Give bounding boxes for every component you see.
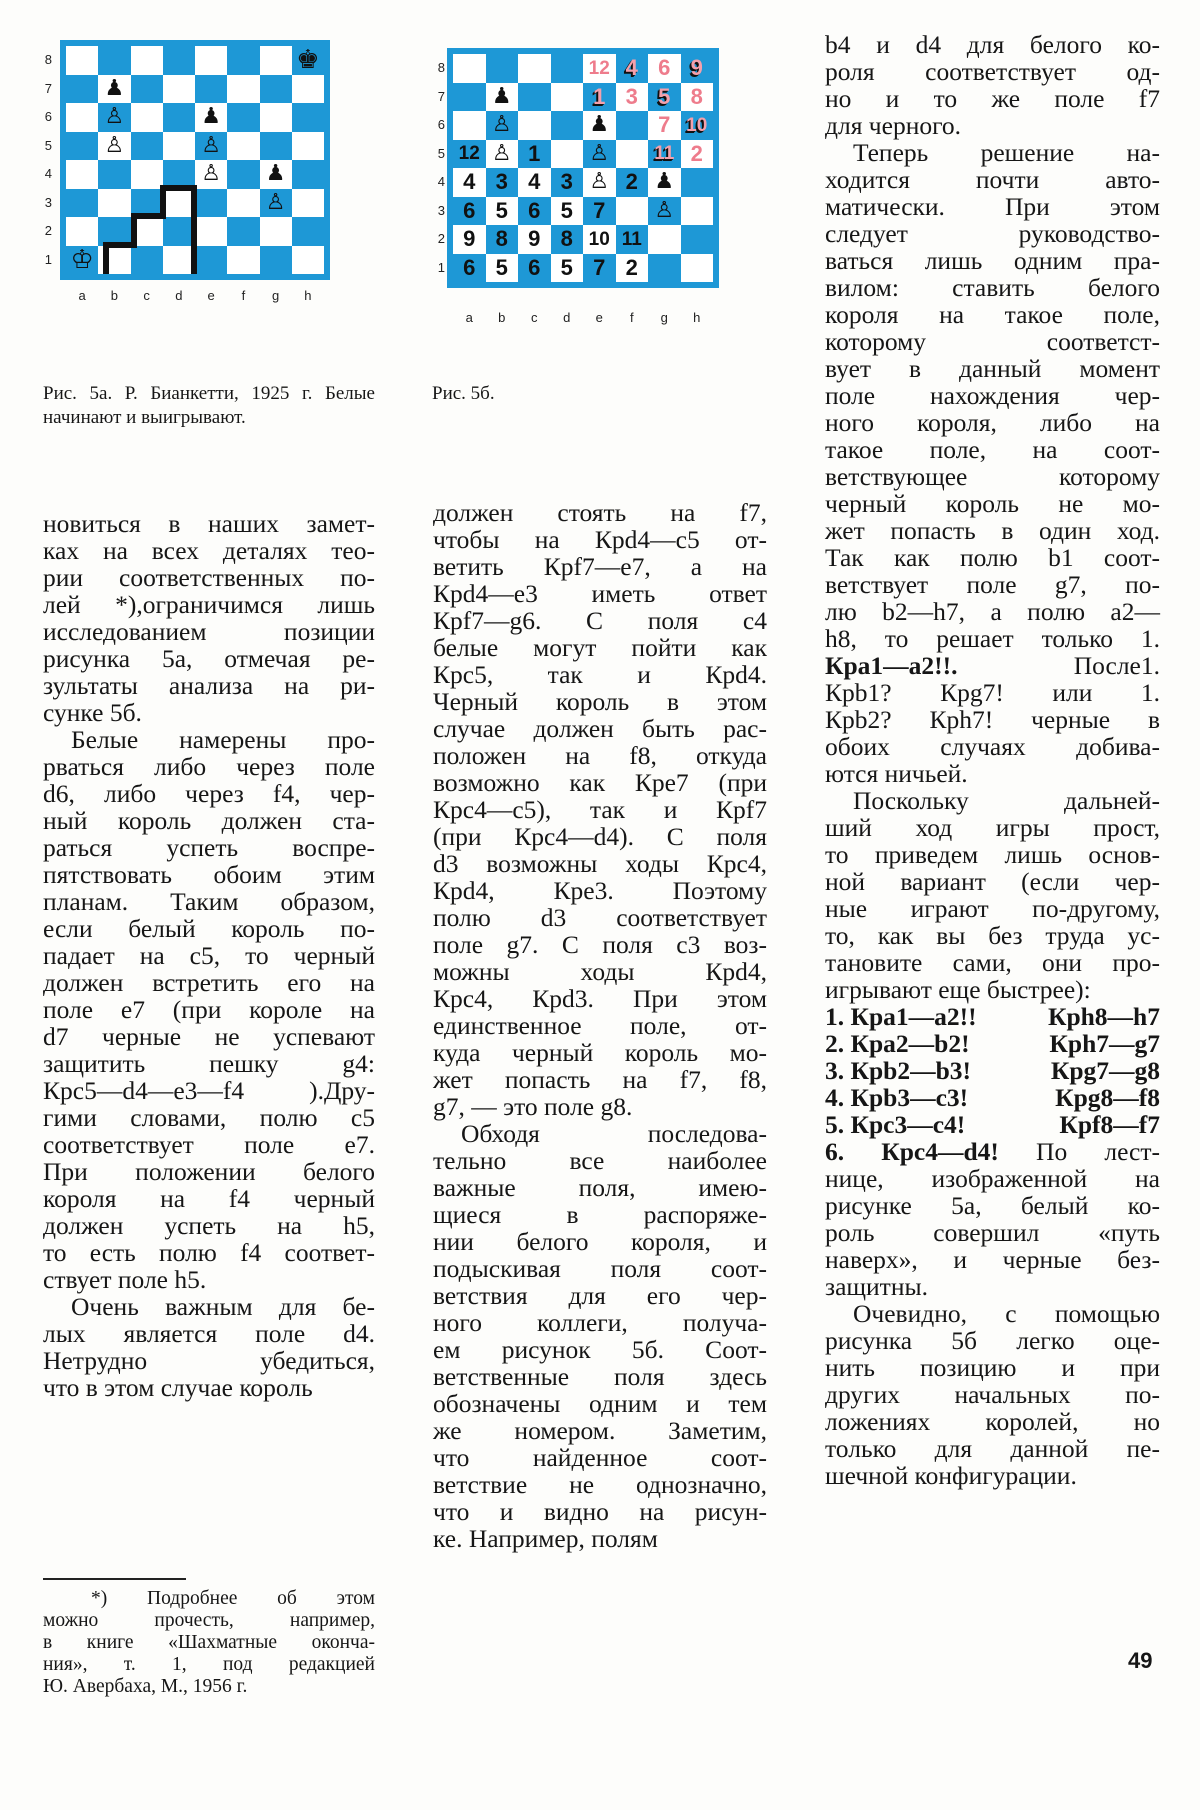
footnote-line: Ю. Авербаха, М., 1956 г. — [43, 1676, 375, 1698]
page-number: 49 — [1128, 1648, 1152, 1674]
square-h3 — [681, 197, 714, 226]
footnote-line: ния», т. 1, под редакцией — [43, 1654, 375, 1676]
text-line: только для данной пе- — [825, 1435, 1160, 1462]
square-f6 — [616, 111, 649, 140]
square-c6 — [518, 111, 551, 140]
square-f6 — [227, 103, 259, 132]
white-king-field-number: 4 — [463, 171, 475, 193]
square-g4: ♟ — [648, 168, 681, 197]
text-line: g7, — это поле g8. — [433, 1093, 767, 1120]
file-label: g — [648, 310, 681, 325]
square-e2 — [195, 217, 227, 246]
text-line: можны ходы Крd4, — [433, 958, 767, 985]
black-move: Крf8—f7 — [1059, 1111, 1160, 1138]
text-line: d3 возможны ходы Крс4, — [433, 850, 767, 877]
square-c1 — [131, 246, 163, 275]
black-move: Крg8—f8 — [1055, 1084, 1160, 1111]
square-g5: 11 — [648, 140, 681, 169]
square-a6 — [453, 111, 486, 140]
text-line: пятствовать обоим этим — [43, 861, 375, 888]
text-line: ствует поле h5. — [43, 1266, 375, 1293]
rank-label: 2 — [438, 231, 445, 246]
text-line: поле g7. С поля с3 воз- — [433, 931, 767, 958]
square-f5 — [616, 140, 649, 169]
text-line: положен на f8, откуда — [433, 742, 767, 769]
text-line: игрывают еще быстрее): — [825, 976, 1160, 1003]
figure-5a: 87654321 ♚♟♙♟♙♙♙♟♙♔ abcdefgh — [30, 40, 330, 330]
square-a3 — [66, 189, 98, 218]
square-h7 — [292, 75, 324, 104]
square-e6: ♟ — [195, 103, 227, 132]
right-column-text: b4 и d4 для белого ко-роля соответствует… — [825, 31, 1160, 1003]
text-line: рисунка 5б легко оце- — [825, 1327, 1160, 1354]
square-c7 — [131, 75, 163, 104]
text-line: лю b2—h7, а полю а2— — [825, 598, 1160, 625]
square-f7 — [227, 75, 259, 104]
white-pawn-icon: ♙ — [589, 171, 609, 193]
text-line: Очевидно, с помощью — [825, 1300, 1160, 1327]
rank-label: 8 — [45, 52, 52, 67]
square-b7: ♟ — [98, 75, 130, 104]
text-line: ем рисунок 5б. Соот- — [433, 1336, 767, 1363]
black-pawn-icon: ♟ — [266, 163, 286, 185]
text-line: поле е7 (при короле на — [43, 996, 375, 1023]
square-c4: 4 — [518, 168, 551, 197]
file-label: f — [227, 288, 259, 303]
text-line: Крd4—е3 иметь ответ — [433, 580, 767, 607]
text-line: d6, либо через f4, чер- — [43, 780, 375, 807]
footnote: *) Подробнее об этомможно прочесть, напр… — [43, 1588, 375, 1698]
square-d4: 3 — [551, 168, 584, 197]
text-line: то приведем лишь основ- — [825, 841, 1160, 868]
square-b2 — [98, 217, 130, 246]
white-king-field-number: 3 — [561, 171, 573, 193]
text-line: Черный король в этом — [433, 688, 767, 715]
white-move: 2. Крa2—b2! — [825, 1030, 970, 1057]
black-move: Крg7—g8 — [1051, 1057, 1160, 1084]
file-label: f — [616, 310, 649, 325]
file-label: a — [453, 310, 486, 325]
text-line: планам. Таким образом, — [43, 888, 375, 915]
rank-label: 6 — [45, 109, 52, 124]
text-line: Крс4—с5), так и Крf7 — [433, 796, 767, 823]
square-d2: 8 — [551, 225, 584, 254]
rank-label: 1 — [438, 260, 445, 275]
text-line: ветствие не однозначно, — [433, 1471, 767, 1498]
square-g2 — [260, 217, 292, 246]
square-h1 — [292, 246, 324, 275]
black-king-field-number: 4 — [626, 57, 638, 79]
file-label: e — [583, 310, 616, 325]
text-line: Поскольку дальней- — [825, 787, 1160, 814]
black-king-field-number: 2 — [691, 143, 703, 165]
chessboard-5b: 12469♟1358♙♟71012♙1♙1124343♙2♟65657♙9898… — [447, 48, 719, 288]
square-d6 — [551, 111, 584, 140]
text-line: которому соответст- — [825, 328, 1160, 355]
square-a7 — [453, 83, 486, 112]
text-line: должен встретить его на — [43, 969, 375, 996]
square-h8: ♚ — [292, 46, 324, 75]
square-c2: 9 — [518, 225, 551, 254]
square-g6: 7 — [648, 111, 681, 140]
square-b6: ♙ — [98, 103, 130, 132]
square-d7 — [551, 83, 584, 112]
square-b3: 5 — [486, 197, 519, 226]
text-line: лей *),ограничимся лишь — [43, 591, 375, 618]
text-line: ный король должен ста- — [43, 807, 375, 834]
black-pawn-icon: ♟ — [492, 86, 512, 108]
text-line: но и то же поле f7 — [825, 85, 1160, 112]
square-b8 — [486, 54, 519, 83]
move-row: 5. Крc3—c4!Крf8—f7 — [825, 1111, 1160, 1138]
white-king-field-number: 7 — [593, 200, 605, 222]
text-line: матически. При этом — [825, 193, 1160, 220]
square-g6 — [260, 103, 292, 132]
text-line: Крс4, Крd3. При этом — [433, 985, 767, 1012]
square-a6 — [66, 103, 98, 132]
rank-label: 5 — [45, 138, 52, 153]
square-a7 — [66, 75, 98, 104]
square-a2 — [66, 217, 98, 246]
text-line: других начальных по- — [825, 1381, 1160, 1408]
square-d1: 5 — [551, 254, 584, 283]
square-e7 — [195, 75, 227, 104]
text-line: обозначены одним и тем — [433, 1390, 767, 1417]
text-line: лых является поле d4. — [43, 1320, 375, 1347]
text-line: Очень важным для бе- — [43, 1293, 375, 1320]
rank-label: 4 — [438, 174, 445, 189]
square-h2 — [681, 225, 714, 254]
square-g8: 6 — [648, 54, 681, 83]
white-pawn-icon: ♙ — [266, 192, 286, 214]
right-column-conclusion: нице, изображенной нарисунке 5а, белый к… — [825, 1165, 1160, 1489]
black-king-field-number: 10 — [686, 116, 707, 135]
square-a4: 4 — [453, 168, 486, 197]
text-line: нии белого короля, и — [433, 1228, 767, 1255]
white-king-field-number: 8 — [496, 228, 508, 250]
square-b1: 5 — [486, 254, 519, 283]
black-king-field-number: 1 — [593, 86, 605, 108]
square-d4 — [163, 160, 195, 189]
text-line: Нетрудно убедиться, — [43, 1347, 375, 1374]
text-line: При положении белого — [43, 1158, 375, 1185]
white-king-field-number: 5 — [561, 257, 573, 279]
white-pawn-icon: ♙ — [654, 200, 674, 222]
square-d8 — [163, 46, 195, 75]
figure-5a-caption: Рис. 5а. Р. Бианкетти, 1925 г. Белые нач… — [43, 382, 375, 430]
move-row: 3. Крb2—b3!Крg7—g8 — [825, 1057, 1160, 1084]
square-b1 — [98, 246, 130, 275]
square-h4 — [292, 160, 324, 189]
square-g4: ♟ — [260, 160, 292, 189]
figure-5b-caption: Рис. 5б. — [432, 382, 632, 406]
black-king-field-number: 11 — [654, 144, 674, 163]
file-labels: abcdefgh — [453, 310, 713, 330]
file-label: d — [551, 310, 584, 325]
square-f3 — [616, 197, 649, 226]
square-g7: 5 — [648, 83, 681, 112]
text-line: роля соответствует од- — [825, 58, 1160, 85]
square-e5: ♙ — [583, 140, 616, 169]
text-line: тельно все наиболее — [433, 1147, 767, 1174]
square-d2 — [163, 217, 195, 246]
white-king-icon: ♔ — [70, 247, 93, 273]
text-line: раться успеть воспре- — [43, 834, 375, 861]
square-g1 — [260, 246, 292, 275]
white-king-field-number: 9 — [528, 228, 540, 250]
black-king-field-number: 8 — [691, 86, 703, 108]
square-f5 — [227, 132, 259, 161]
square-c3: 6 — [518, 197, 551, 226]
white-king-field-number: 6 — [463, 200, 475, 222]
square-a5 — [66, 132, 98, 161]
text-line: Белые намерены про- — [43, 726, 375, 753]
text-line: ветствия для его чер- — [433, 1282, 767, 1309]
text-line: сунке 5б. — [43, 699, 375, 726]
text-line: подыскивая поля соот- — [433, 1255, 767, 1282]
white-pawn-icon: ♙ — [492, 143, 512, 165]
text-line: защитить пешку g4: — [43, 1050, 375, 1077]
square-h8: 9 — [681, 54, 714, 83]
square-c2 — [131, 217, 163, 246]
square-e7: 1 — [583, 83, 616, 112]
square-f2: 11 — [616, 225, 649, 254]
square-e4: ♙ — [195, 160, 227, 189]
square-a2: 9 — [453, 225, 486, 254]
text-line: рии соответственных по- — [43, 564, 375, 591]
square-h3 — [292, 189, 324, 218]
text-line: Обходя последова- — [433, 1120, 767, 1147]
text-line: тановите сами, они про- — [825, 949, 1160, 976]
rank-label: 3 — [45, 195, 52, 210]
move-row: 1. Крa1—a2!!Крh8—h7 — [825, 1003, 1160, 1030]
square-g2 — [648, 225, 681, 254]
black-pawn-icon: ♟ — [654, 171, 674, 193]
footnote-line: *) Подробнее об этом — [43, 1588, 375, 1610]
white-king-field-number: 3 — [496, 171, 508, 193]
square-a1: 6 — [453, 254, 486, 283]
square-f2 — [227, 217, 259, 246]
square-g7 — [260, 75, 292, 104]
square-f8: 4 — [616, 54, 649, 83]
text-line: падает на с5, то черный — [43, 942, 375, 969]
white-move: 1. Крa1—a2!! — [825, 1003, 977, 1030]
file-label: c — [131, 288, 163, 303]
square-b7: ♟ — [486, 83, 519, 112]
rank-labels: 87654321 — [415, 48, 445, 288]
square-e6: ♟ — [583, 111, 616, 140]
text-line: что и видно на рисун- — [433, 1498, 767, 1525]
white-king-field-number: 6 — [528, 257, 540, 279]
square-f1 — [227, 246, 259, 275]
text-line: такое поле, на соот- — [825, 436, 1160, 463]
text-line: (при Крс4—d4). С поля — [433, 823, 767, 850]
white-pawn-icon: ♙ — [492, 114, 512, 136]
square-c6 — [131, 103, 163, 132]
rank-label: 6 — [438, 117, 445, 132]
white-king-field-number: 9 — [463, 228, 475, 250]
main-variation-moves: 1. Крa1—a2!!Крh8—h72. Крa2—b2!Крh7—g73. … — [825, 1003, 1160, 1138]
square-f3 — [227, 189, 259, 218]
text-line: соответствует поле е7. — [43, 1131, 375, 1158]
footnote-line: можно прочесть, например, — [43, 1610, 375, 1632]
square-d1 — [163, 246, 195, 275]
square-h5: 2 — [681, 140, 714, 169]
square-d8 — [551, 54, 584, 83]
rank-label: 7 — [45, 81, 52, 96]
white-move: 5. Крc3—c4! — [825, 1111, 965, 1138]
square-g5 — [260, 132, 292, 161]
text-line: Теперь решение на- — [825, 139, 1160, 166]
text-line: нице, изображенной на — [825, 1165, 1160, 1192]
text-line: должен успеть на h5, — [43, 1212, 375, 1239]
text-line: рваться либо через поле — [43, 753, 375, 780]
white-king-field-number: 12 — [459, 144, 480, 163]
text-line: щиеся в распоряже- — [433, 1201, 767, 1228]
move-row: 4. Крb3—c3!Крg8—f8 — [825, 1084, 1160, 1111]
square-g3: ♙ — [260, 189, 292, 218]
white-pawn-icon: ♙ — [589, 143, 609, 165]
white-king-field-number: 5 — [561, 200, 573, 222]
rank-label: 8 — [438, 60, 445, 75]
square-c8 — [518, 54, 551, 83]
text-line: ветственные поля здесь — [433, 1363, 767, 1390]
text-line: вилом: ставить белого — [825, 274, 1160, 301]
square-e1: 7 — [583, 254, 616, 283]
square-d7 — [163, 75, 195, 104]
square-b8 — [98, 46, 130, 75]
square-c7 — [518, 83, 551, 112]
footnote-line: в книге «Шахматные оконча- — [43, 1632, 375, 1654]
square-d5 — [163, 132, 195, 161]
text-line: Крa1—a2!!. После1. — [825, 652, 1160, 679]
rank-label: 4 — [45, 166, 52, 181]
white-pawn-icon: ♙ — [105, 135, 125, 157]
square-b4: 3 — [486, 168, 519, 197]
text-line: единственное поле, от- — [433, 1012, 767, 1039]
square-g1 — [648, 254, 681, 283]
black-pawn-icon: ♟ — [589, 114, 609, 136]
text-line: ветить Крf7—е7, а на — [433, 553, 767, 580]
file-label: a — [66, 288, 98, 303]
text-line: случае должен быть рас- — [433, 715, 767, 742]
square-h7: 8 — [681, 83, 714, 112]
square-h1 — [681, 254, 714, 283]
square-a3: 6 — [453, 197, 486, 226]
white-king-field-number: 8 — [561, 228, 573, 250]
square-f1: 2 — [616, 254, 649, 283]
file-labels: abcdefgh — [66, 288, 324, 308]
white-king-field-number: 2 — [626, 257, 638, 279]
text-line: то, как вы без труда ус- — [825, 922, 1160, 949]
white-king-field-number: 4 — [528, 171, 540, 193]
white-move: 4. Крb3—c3! — [825, 1084, 968, 1111]
file-label: h — [681, 310, 714, 325]
text-line: Крf7—g6. С поля с4 — [433, 607, 767, 634]
text-line: рисунка 5а, отмечая ре- — [43, 645, 375, 672]
white-king-field-number: 6 — [528, 200, 540, 222]
text-line: вует в данный момент — [825, 355, 1160, 382]
white-pawn-icon: ♙ — [201, 163, 221, 185]
square-h4 — [681, 168, 714, 197]
square-c5 — [131, 132, 163, 161]
rank-label: 1 — [45, 252, 52, 267]
text-line: жет попасть на f7, f8, — [433, 1066, 767, 1093]
text-line: обоих случаях добива- — [825, 733, 1160, 760]
text-line: черный король не мо- — [825, 490, 1160, 517]
square-e4: ♙ — [583, 168, 616, 197]
black-king-field-number: 9 — [691, 57, 703, 79]
text-line: шечной конфигурации. — [825, 1462, 1160, 1489]
rank-label: 2 — [45, 223, 52, 238]
white-pawn-icon: ♙ — [201, 135, 221, 157]
square-c8 — [131, 46, 163, 75]
black-king-field-number: 5 — [658, 86, 670, 108]
text-line: гими словами, полю с5 — [43, 1104, 375, 1131]
text-line: полю d3 соответствует — [433, 904, 767, 931]
text-line: наверх», и черные без- — [825, 1246, 1160, 1273]
white-king-field-number: 5 — [496, 200, 508, 222]
file-label: b — [98, 288, 130, 303]
rank-label: 3 — [438, 203, 445, 218]
text-line: b4 и d4 для белого ко- — [825, 31, 1160, 58]
square-c3 — [131, 189, 163, 218]
white-king-field-number: 5 — [496, 257, 508, 279]
text-line: зультаты анализа на ри- — [43, 672, 375, 699]
square-b4 — [98, 160, 130, 189]
black-king-field-number: 6 — [658, 57, 670, 79]
file-label: d — [163, 288, 195, 303]
square-a5: 12 — [453, 140, 486, 169]
text-column-right: b4 и d4 для белого ко-роля соответствует… — [825, 31, 1160, 1489]
figure-5b: 87654321 12469♟1358♙♟71012♙1♙1124343♙2♟6… — [415, 48, 720, 338]
square-b3 — [98, 189, 130, 218]
text-line: ходится почти авто- — [825, 166, 1160, 193]
text-line: ются ничьей. — [825, 760, 1160, 787]
square-e2: 10 — [583, 225, 616, 254]
white-king-field-number: 6 — [463, 257, 475, 279]
text-line: нить позицию и при — [825, 1354, 1160, 1381]
black-pawn-icon: ♟ — [201, 106, 221, 128]
footnote-divider — [43, 1578, 186, 1580]
text-line: Крb1? Крg7! или 1. — [825, 679, 1160, 706]
square-e8 — [195, 46, 227, 75]
white-king-field-number: 11 — [622, 230, 642, 249]
rank-labels: 87654321 — [30, 40, 52, 280]
text-line: ках на всех деталях тео- — [43, 537, 375, 564]
text-line: ветствует поле g7, по- — [825, 571, 1160, 598]
text-line: должен стоять на f7, — [433, 499, 767, 526]
square-h6: 10 — [681, 111, 714, 140]
move-6-line: 6. Крc4—d4! По лест- — [825, 1138, 1160, 1165]
square-h5 — [292, 132, 324, 161]
text-line: возможно как Кре7 (при — [433, 769, 767, 796]
white-king-field-number: 2 — [626, 171, 638, 193]
square-d6 — [163, 103, 195, 132]
text-line: то есть полю f4 соответ- — [43, 1239, 375, 1266]
text-line: Так как полю b1 соот- — [825, 544, 1160, 571]
square-b2: 8 — [486, 225, 519, 254]
black-king-field-number: 3 — [626, 86, 638, 108]
file-label: h — [292, 288, 324, 303]
text-line: следует руководство- — [825, 220, 1160, 247]
rank-label: 5 — [438, 146, 445, 161]
text-line: рисунке 5а, белый ко- — [825, 1192, 1160, 1219]
text-line: белые могут пойти как — [433, 634, 767, 661]
square-h2 — [292, 217, 324, 246]
text-line: короля на f4 черный — [43, 1185, 375, 1212]
file-label: e — [195, 288, 227, 303]
